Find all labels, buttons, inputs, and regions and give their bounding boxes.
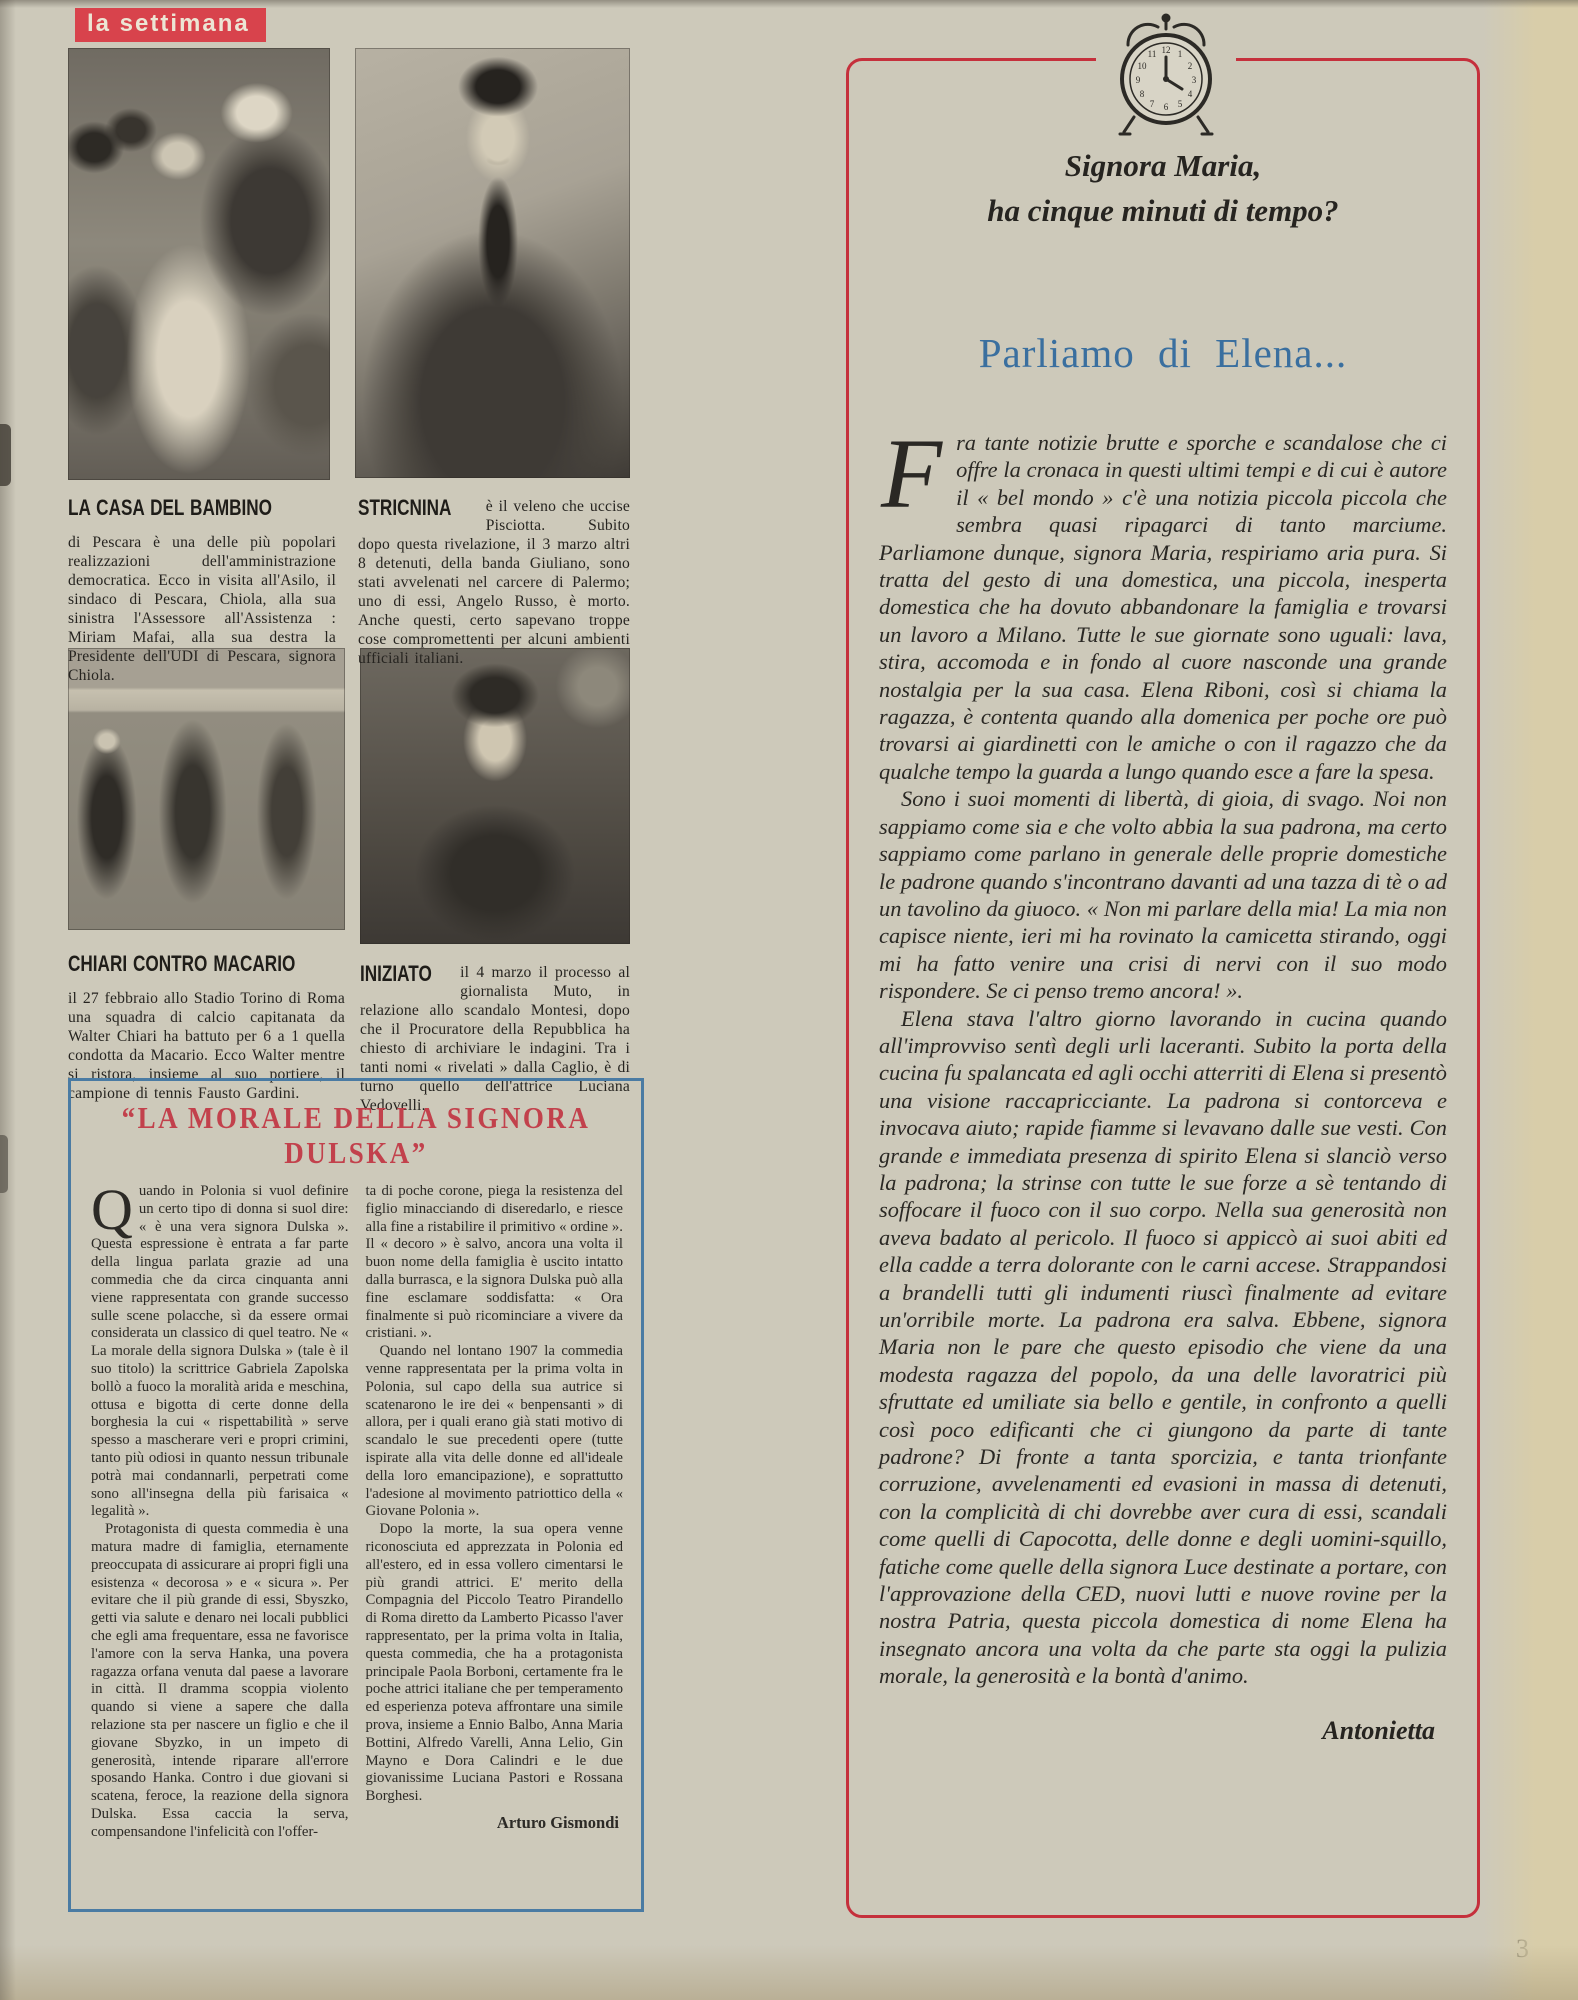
letter-heading-line1: Signora Maria, bbox=[879, 143, 1447, 188]
photo-iniziato bbox=[360, 648, 630, 944]
dulska-paragraph: Dopo la morte, la sua opera venne ricono… bbox=[366, 1521, 624, 1806]
drop-cap: Q bbox=[91, 1183, 139, 1233]
page-number: 3 bbox=[1516, 1934, 1529, 1964]
dulska-paragraph: Quando nel lontano 1907 la commedia venn… bbox=[366, 1343, 624, 1521]
alarm-clock-icon: 123 69 12 45 78 1011 bbox=[1096, 10, 1236, 142]
svg-text:11: 11 bbox=[1148, 49, 1157, 59]
section-banner: la settimana bbox=[75, 8, 266, 42]
svg-text:10: 10 bbox=[1138, 61, 1148, 71]
dulska-paragraph: ta di poche corone, piega la resistenza … bbox=[366, 1183, 624, 1343]
caption-stricnina: STRICNINAè il veleno che uccise Pisciott… bbox=[358, 497, 630, 668]
svg-text:1: 1 bbox=[1178, 49, 1183, 59]
page-edge-right bbox=[1483, 0, 1578, 2000]
letter-byline: Antonietta bbox=[879, 1716, 1447, 1746]
svg-text:4: 4 bbox=[1188, 89, 1193, 99]
dulska-paragraph: Quando in Polonia si vuol definire un ce… bbox=[91, 1183, 349, 1521]
svg-text:8: 8 bbox=[1140, 89, 1145, 99]
caption-headline: LA CASA DEL BAMBINO bbox=[68, 497, 272, 533]
letter-article-box: Signora Maria, ha cinque minuti di tempo… bbox=[846, 58, 1480, 1918]
dulska-article-title: “LA MORALE DELLA SIGNORA DULSKA” bbox=[81, 1101, 631, 1170]
dulska-article-box: “LA MORALE DELLA SIGNORA DULSKA” Quando … bbox=[68, 1078, 644, 1912]
letter-title: Parliamo di Elena... bbox=[879, 329, 1447, 377]
svg-text:2: 2 bbox=[1188, 61, 1193, 71]
caption-headline: STRICNINA bbox=[358, 497, 451, 533]
svg-text:9: 9 bbox=[1136, 75, 1141, 85]
photo-chiari-macario bbox=[68, 648, 345, 930]
magazine-page: la settimana LA CASA DEL BAMBINOdi Pesca… bbox=[0, 0, 1578, 2000]
caption-text: di Pescara è una delle più popolari real… bbox=[68, 534, 336, 684]
page-edge-top bbox=[0, 0, 1578, 8]
letter-paragraph: Sono i suoi momenti di libertà, di gioia… bbox=[879, 785, 1447, 1004]
letter-body: Fra tante notizie brutte e sporche e sca… bbox=[879, 429, 1447, 1690]
paragraph-text: ra tante notizie brutte e sporche e scan… bbox=[879, 430, 1447, 784]
photo-casa-del-bambino bbox=[68, 48, 330, 480]
scan-artifact bbox=[0, 1135, 8, 1193]
svg-text:5: 5 bbox=[1178, 99, 1183, 109]
section-banner-label: la settimana bbox=[87, 10, 250, 37]
dulska-byline: Arturo Gismondi bbox=[366, 1814, 624, 1832]
dulska-article-columns: Quando in Polonia si vuol definire un ce… bbox=[71, 1167, 641, 1841]
letter-heading: Signora Maria, ha cinque minuti di tempo… bbox=[879, 143, 1447, 233]
dulska-paragraph: Protagonista di questa commedia è una ma… bbox=[91, 1521, 349, 1841]
caption-casa-del-bambino: LA CASA DEL BAMBINOdi Pescara è una dell… bbox=[68, 497, 336, 685]
drop-cap: F bbox=[879, 429, 956, 513]
letter-paragraph: Fra tante notizie brutte e sporche e sca… bbox=[879, 429, 1447, 785]
svg-text:6: 6 bbox=[1164, 102, 1169, 112]
svg-text:7: 7 bbox=[1150, 99, 1155, 109]
letter-paragraph: Elena stava l'altro giorno lavorando in … bbox=[879, 1005, 1447, 1690]
svg-text:12: 12 bbox=[1162, 45, 1171, 55]
caption-headline: INIZIATO bbox=[360, 963, 432, 999]
caption-headline: CHIARI CONTRO MACARIO bbox=[68, 953, 295, 989]
dulska-column-left: Quando in Polonia si vuol definire un ce… bbox=[91, 1183, 349, 1841]
scan-artifact bbox=[0, 424, 11, 486]
photo-stricnina bbox=[355, 48, 630, 478]
dulska-column-right: ta di poche corone, piega la resistenza … bbox=[366, 1183, 624, 1841]
page-edge-left bbox=[0, 0, 16, 2000]
letter-heading-line2: ha cinque minuti di tempo? bbox=[879, 188, 1447, 233]
page-edge-bottom bbox=[0, 1945, 1578, 2000]
svg-text:3: 3 bbox=[1192, 75, 1197, 85]
